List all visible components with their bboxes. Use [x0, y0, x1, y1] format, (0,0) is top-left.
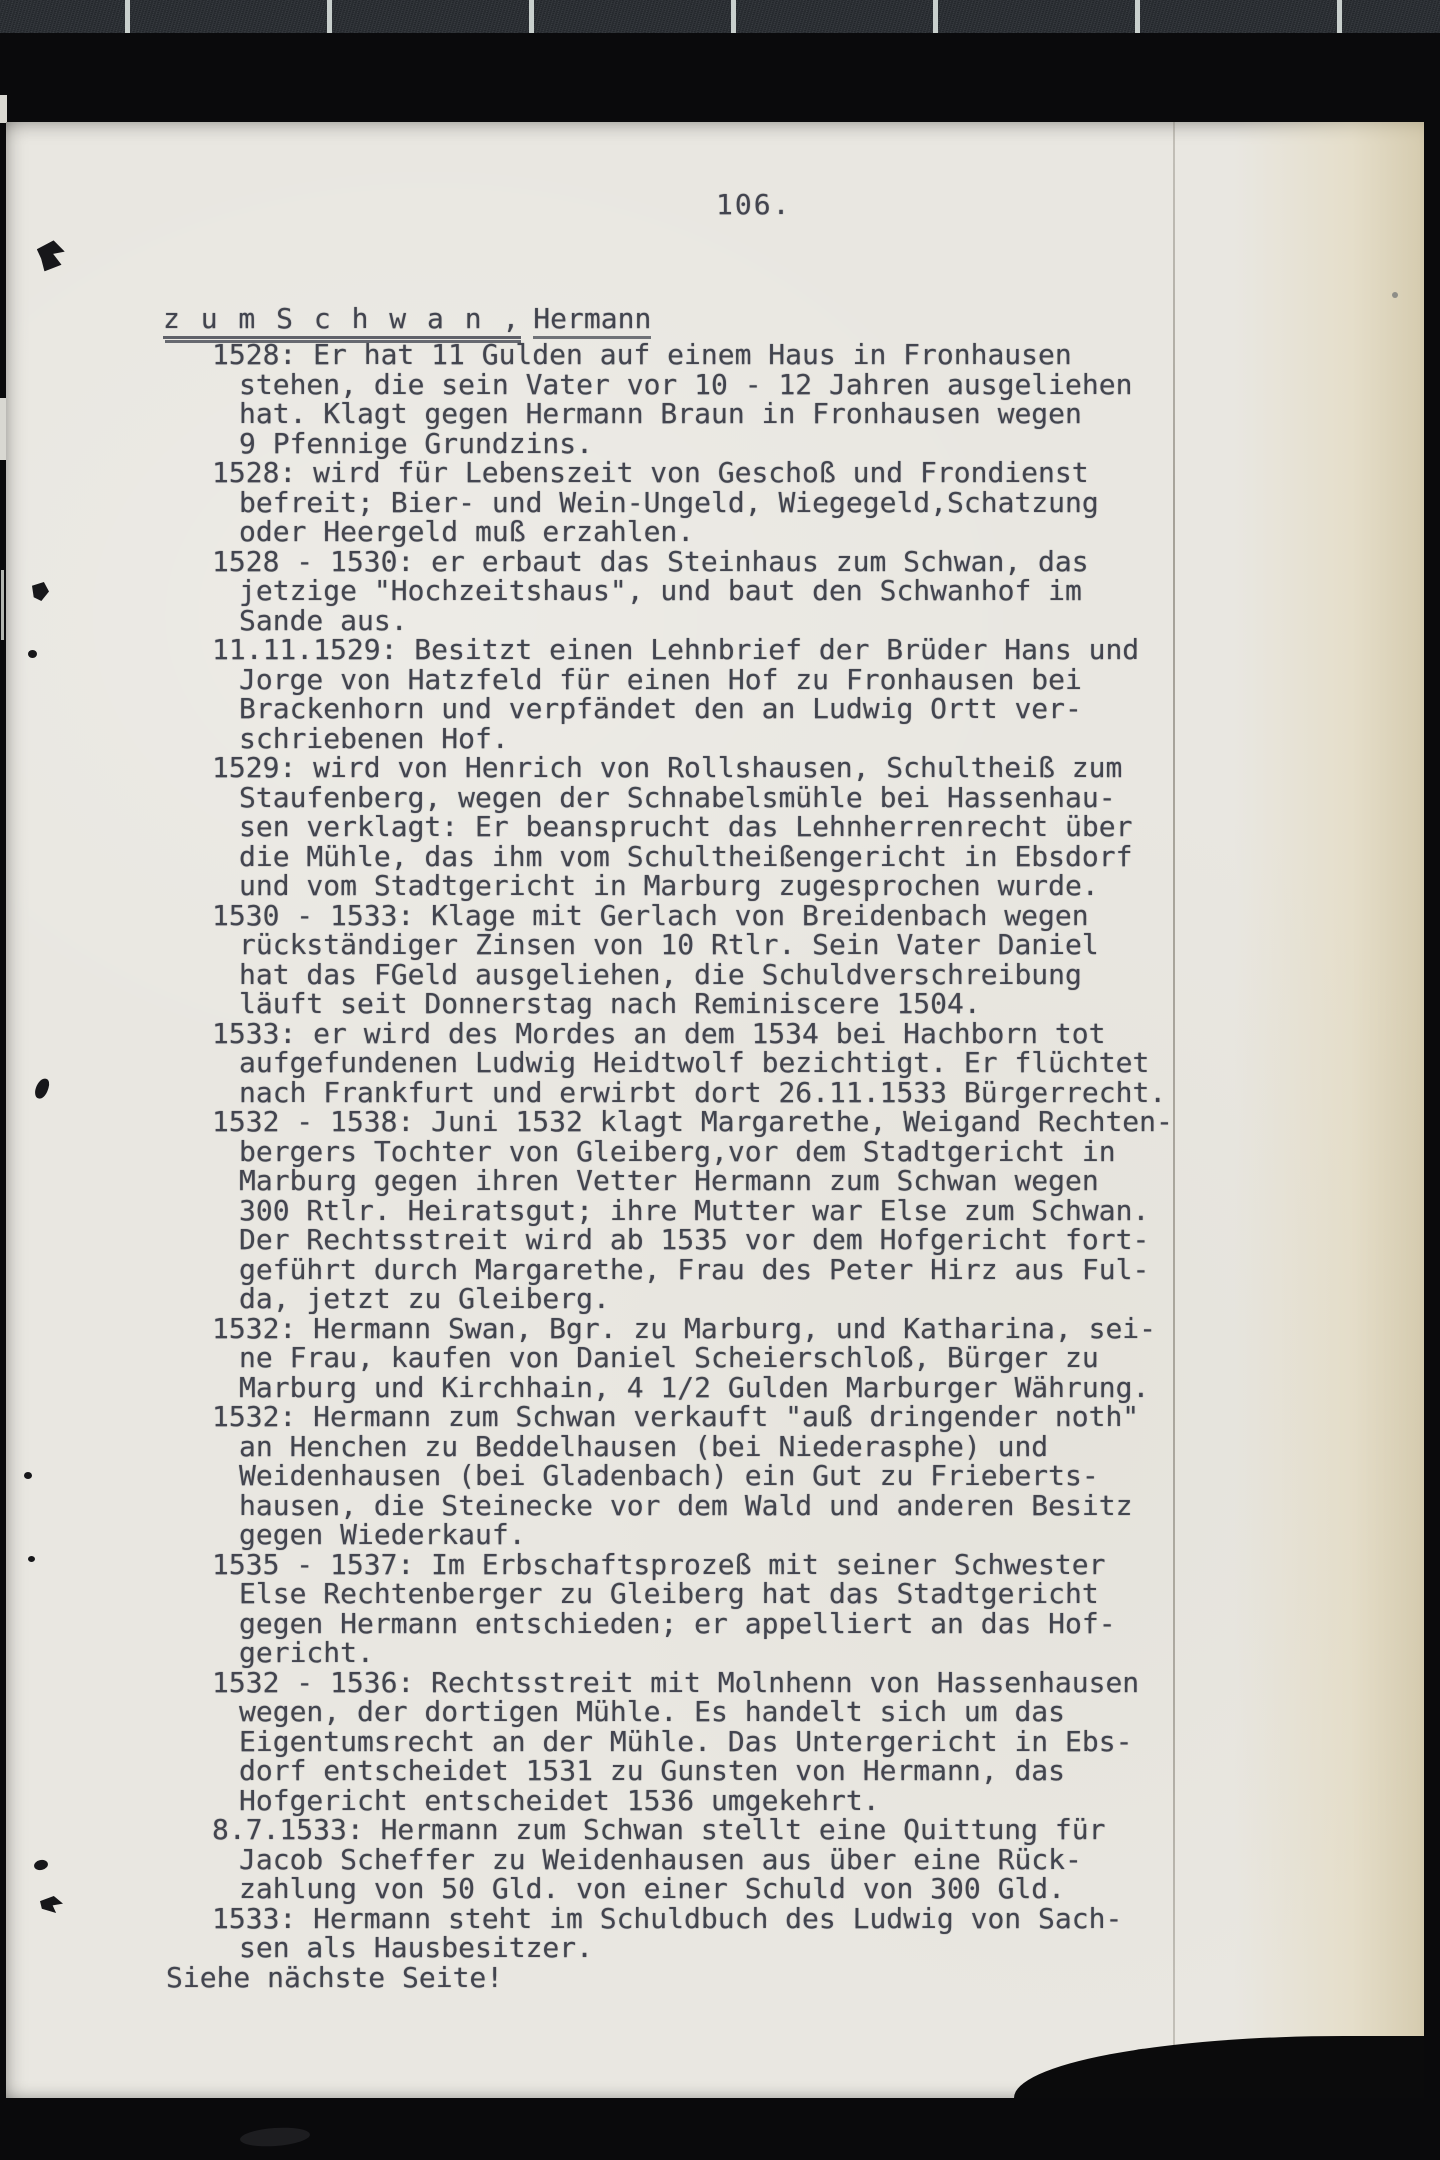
heading-title: z u m S c h w a n ,	[163, 302, 521, 339]
page-fold-shading	[1234, 122, 1424, 2098]
heading-person: Hermann	[533, 302, 651, 339]
film-strip	[0, 0, 1440, 33]
entry-5: 1529: wird von Henrich von Rollshausen, …	[239, 753, 1239, 901]
ink-mark	[33, 1077, 51, 1101]
entry-14: 1533: Hermann steht im Schuldbuch des Lu…	[239, 1904, 1239, 1963]
entry-4: 11.11.1529: Besitzt einen Lehnbrief der …	[239, 635, 1239, 753]
ink-mark	[40, 1896, 63, 1913]
film-frame-divider	[1337, 0, 1342, 33]
footer-note: Siehe nächste Seite!	[166, 1963, 1239, 1993]
entry-list: 1528: Er hat 11 Gulden auf einem Haus in…	[239, 340, 1239, 1992]
film-edge-mark	[1, 570, 4, 640]
ink-mark	[28, 650, 37, 658]
entry-9: 1532: Hermann Swan, Bgr. zu Marburg, und…	[239, 1314, 1239, 1403]
film-frame-divider	[327, 0, 332, 33]
ink-mark	[24, 1472, 32, 1479]
entry-10: 1532: Hermann zum Schwan verkauft "auß d…	[239, 1402, 1239, 1550]
entry-11: 1535 - 1537: Im Erbschaftsprozeß mit sei…	[239, 1550, 1239, 1668]
entry-2: 1528: wird für Lebenszeit von Geschoß un…	[239, 458, 1239, 547]
film-edge-sliver	[0, 95, 7, 123]
film-frame-divider	[933, 0, 938, 33]
paper-speck	[1392, 292, 1398, 298]
ink-mark	[28, 1556, 35, 1562]
film-frame-divider	[1135, 0, 1140, 33]
ink-mark	[34, 238, 66, 274]
ink-mark	[32, 582, 49, 601]
scan-smudge	[239, 2126, 310, 2149]
film-frame-divider	[529, 0, 534, 33]
entry-3: 1528 - 1530: er erbaut das Steinhaus zum…	[239, 547, 1239, 636]
entry-8: 1532 - 1538: Juni 1532 klagt Margarethe,…	[239, 1107, 1239, 1314]
page-heading: z u m S c h w a n ,Hermann	[163, 302, 651, 339]
entry-6: 1530 - 1533: Klage mit Gerlach von Breid…	[239, 901, 1239, 1019]
microfilm-scan: { "document": { "page_number": "106.", "…	[0, 0, 1440, 2160]
entry-1: 1528: Er hat 11 Gulden auf einem Haus in…	[239, 340, 1239, 458]
film-frame-divider	[125, 0, 130, 33]
ink-mark	[33, 1859, 49, 1872]
entry-7: 1533: er wird des Mordes an dem 1534 bei…	[239, 1019, 1239, 1108]
scan-shadow-bottom-right	[1014, 2036, 1424, 2098]
page-number: 106.	[716, 188, 791, 221]
entry-12: 1532 - 1536: Rechtsstreit mit Molnhenn v…	[239, 1668, 1239, 1816]
entry-13: 8.7.1533: Hermann zum Schwan stellt eine…	[239, 1815, 1239, 1904]
film-frame-divider	[731, 0, 736, 33]
document-page: 106. z u m S c h w a n ,Hermann 1528: Er…	[6, 122, 1424, 2098]
